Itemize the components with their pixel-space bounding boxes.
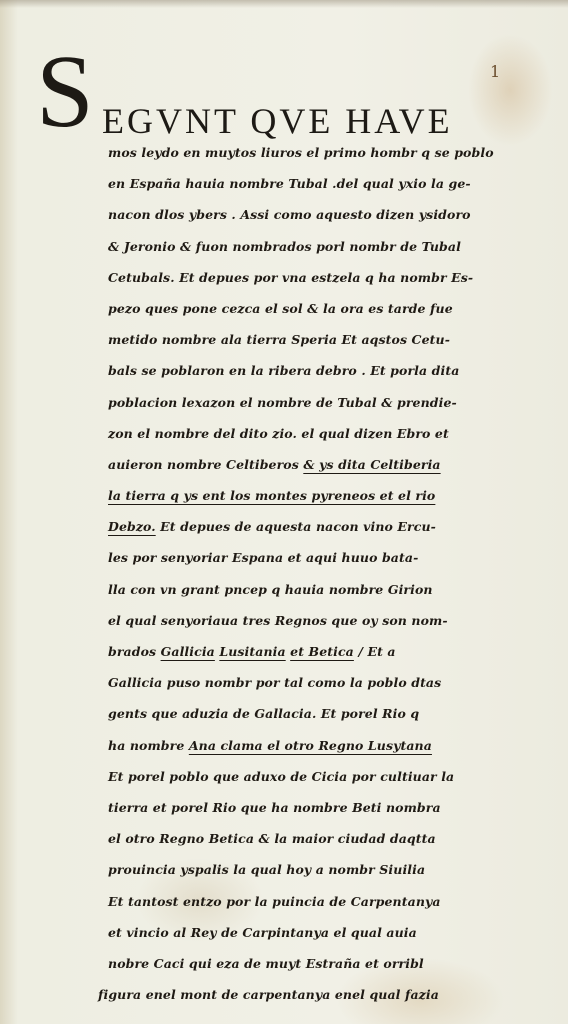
underlined-place-lusitania: Lusitania [219, 644, 285, 659]
text-line: pezo ques pone cezca el sol & la ora es … [108, 297, 520, 328]
manuscript-page: 1 S EGVNT QVE HAVE mos leydo en muytos l… [0, 0, 568, 1024]
text-line: figura enel mont de carpentanya enel qua… [98, 983, 520, 1014]
text-line: les por senyoriar Espana et aqui huuo ba… [108, 546, 520, 577]
underlined-segment: & ys dita Celtiberia [303, 457, 440, 472]
line-segment: brados [108, 644, 161, 659]
text-line: tierra et porel Rio que ha nombre Beti n… [108, 796, 520, 827]
text-line: Et porel poblo que aduxo de Cicia por cu… [108, 765, 520, 796]
manuscript-heading: S EGVNT QVE HAVE [36, 40, 94, 144]
text-line: el otro Regno Betica & la maior ciudad d… [108, 827, 520, 858]
underlined-place-betica: et Betica [290, 644, 354, 659]
text-line: nobre Caci qui eza de muyt Estraña et or… [108, 952, 520, 983]
text-line: brados Gallicia Lusitania et Betica / Et… [108, 640, 520, 671]
underlined-place-gallicia: Gallicia [161, 644, 215, 659]
text-line: nacon dlos ybers . Assi como aquesto diz… [108, 203, 520, 234]
manuscript-text: mos leydo en muytos liuros el primo homb… [108, 141, 520, 1014]
line-segment: ha nombre [108, 738, 189, 753]
text-line: gents que aduzia de Gallacia. Et porel R… [108, 702, 520, 733]
text-line: lla con vn grant pncep q hauia nombre Gi… [108, 578, 520, 609]
text-line: poblacion lexazon el nombre de Tubal & p… [108, 391, 520, 422]
text-line: metido nombre ala tierra Speria Et aqsto… [108, 328, 520, 359]
text-line: Gallicia puso nombr por tal como la pobl… [108, 671, 520, 702]
drop-cap: S [36, 34, 94, 149]
folio-number: 1 [490, 62, 500, 81]
line-segment: Et depues de aquesta nacon vino Ercu- [156, 519, 436, 534]
text-line: et vincio al Rey de Carpintanya el qual … [108, 921, 520, 952]
line-segment: auieron nombre Celtiberos [108, 457, 303, 472]
text-line: mos leydo en muytos liuros el primo homb… [108, 141, 520, 172]
text-line: auieron nombre Celtiberos & ys dita Celt… [108, 453, 520, 484]
text-line: Debzo. Et depues de aquesta nacon vino E… [108, 515, 520, 546]
underlined-segment: Ana clama el otro Regno Lusytana [189, 738, 432, 753]
text-line: la tierra q ys ent los montes pyreneos e… [108, 484, 520, 515]
text-line: & Jeronio & fuon nombrados porl nombr de… [108, 235, 520, 266]
underlined-segment: la tierra q ys ent los montes pyreneos e… [108, 488, 435, 503]
text-line: ha nombre Ana clama el otro Regno Lusyta… [108, 734, 520, 765]
text-line: Cetubals. Et depues por vna estzela q ha… [108, 266, 520, 297]
text-line: prouincia yspalis la qual hoy a nombr Si… [108, 858, 520, 889]
text-line: zon el nombre del dito zio. el qual dize… [108, 422, 520, 453]
line-segment: / Et a [354, 644, 396, 659]
text-line: bals se poblaron en la ribera debro . Et… [108, 359, 520, 390]
text-line: el qual senyoriaua tres Regnos que oy so… [108, 609, 520, 640]
underlined-segment: Debzo. [108, 519, 156, 534]
heading-capitals: EGVNT QVE HAVE [102, 100, 453, 142]
text-line: Et tantost entzo por la puincia de Carpe… [108, 890, 520, 921]
text-line: en España hauia nombre Tubal .del qual y… [108, 172, 520, 203]
